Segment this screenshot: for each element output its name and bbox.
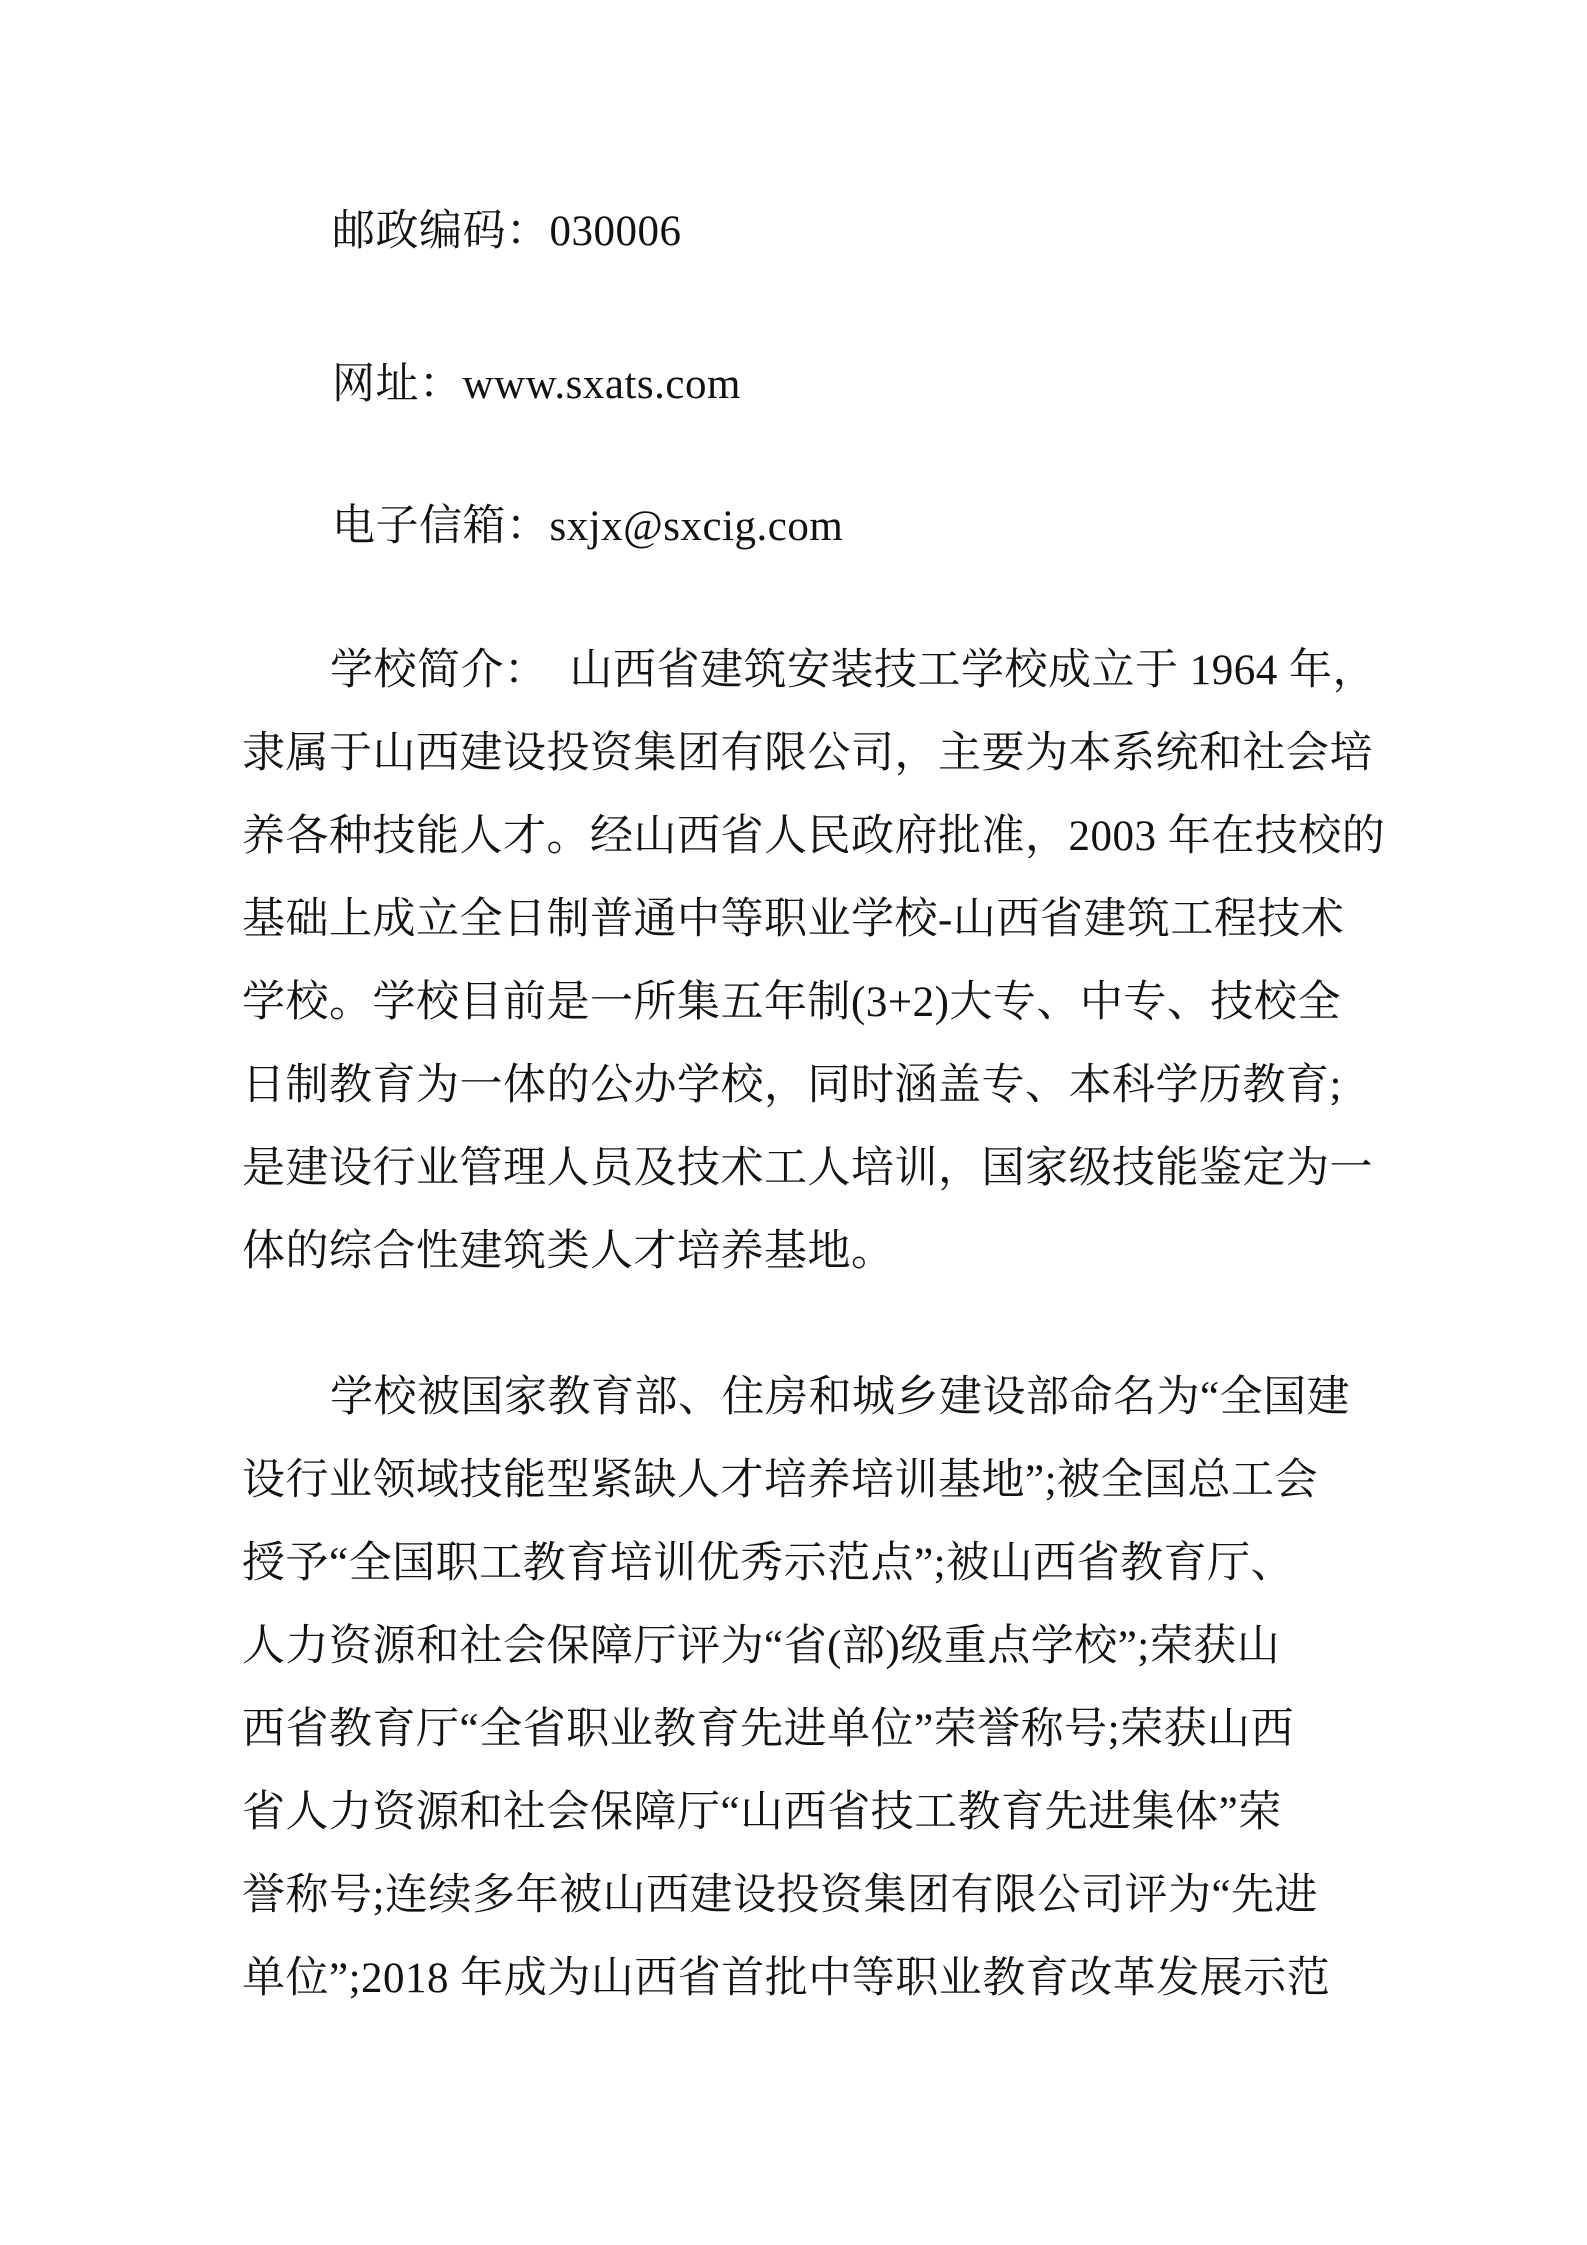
paragraph-line: 单位”;2018 年成为山西省首批中等职业教育改革发展示范: [242, 1937, 1367, 2020]
email-label: 电子信箱: [332, 503, 506, 550]
website-value: www.sxats.com: [463, 361, 741, 408]
postal-code-line: 邮政编码：030006: [332, 190, 682, 273]
paragraph-line: 西省教育厅“全省职业教育先进单位”荣誉称号;荣获山西: [242, 1688, 1367, 1771]
paragraph-line: 人力资源和社会保障厅评为“省(部)级重点学校”;荣获山: [242, 1605, 1367, 1688]
email-separator: ：: [506, 503, 550, 550]
paragraph-line: 设行业领域技能型紧缺人才培养培训基地”;被全国总工会: [242, 1439, 1367, 1522]
school-introduction-paragraph: 学校简介： 山西省建筑安装技工学校成立于 1964 年， 隶属于山西建设投资集团…: [242, 629, 1367, 1293]
document-page: 邮政编码：030006 网址：www.sxats.com 电子信箱：sxjx@s…: [0, 0, 1587, 2245]
school-honors-paragraph: 学校被国家教育部、住房和城乡建设部命名为“全国建 设行业领域技能型紧缺人才培养培…: [242, 1356, 1367, 2020]
email-value: sxjx@sxcig.com: [550, 503, 844, 550]
website-label: 网址: [332, 361, 419, 408]
postal-code-separator: ：: [506, 208, 550, 255]
postal-code-label: 邮政编码: [332, 208, 506, 255]
paragraph-line: 授予“全国职工教育培训优秀示范点”;被山西省教育厅、: [242, 1522, 1367, 1605]
email-line: 电子信箱：sxjx@sxcig.com: [332, 485, 843, 568]
website-separator: ：: [419, 361, 463, 408]
paragraph-line: 基础上成立全日制普通中等职业学校-山西省建筑工程技术: [242, 878, 1367, 961]
paragraph-line: 养各种技能人才。经山西省人民政府批准，2003 年在技校的: [242, 795, 1367, 878]
paragraph-line: 学校简介： 山西省建筑安装技工学校成立于 1964 年，: [242, 629, 1367, 712]
paragraph-line: 隶属于山西建设投资集团有限公司，主要为本系统和社会培: [242, 712, 1367, 795]
website-line: 网址：www.sxats.com: [332, 343, 741, 426]
paragraph-line: 学校被国家教育部、住房和城乡建设部命名为“全国建: [242, 1356, 1367, 1439]
paragraph-line: 体的综合性建筑类人才培养基地。: [242, 1210, 1367, 1293]
paragraph-line: 省人力资源和社会保障厅“山西省技工教育先进集体”荣: [242, 1771, 1367, 1854]
paragraph-line: 是建设行业管理人员及技术工人培训，国家级技能鉴定为一: [242, 1127, 1367, 1210]
paragraph-line: 学校。学校目前是一所集五年制(3+2)大专、中专、技校全: [242, 961, 1367, 1044]
paragraph-line: 誉称号;连续多年被山西建设投资集团有限公司评为“先进: [242, 1854, 1367, 1937]
postal-code-value: 030006: [550, 208, 682, 255]
paragraph-line: 日制教育为一体的公办学校，同时涵盖专、本科学历教育;: [242, 1044, 1367, 1127]
